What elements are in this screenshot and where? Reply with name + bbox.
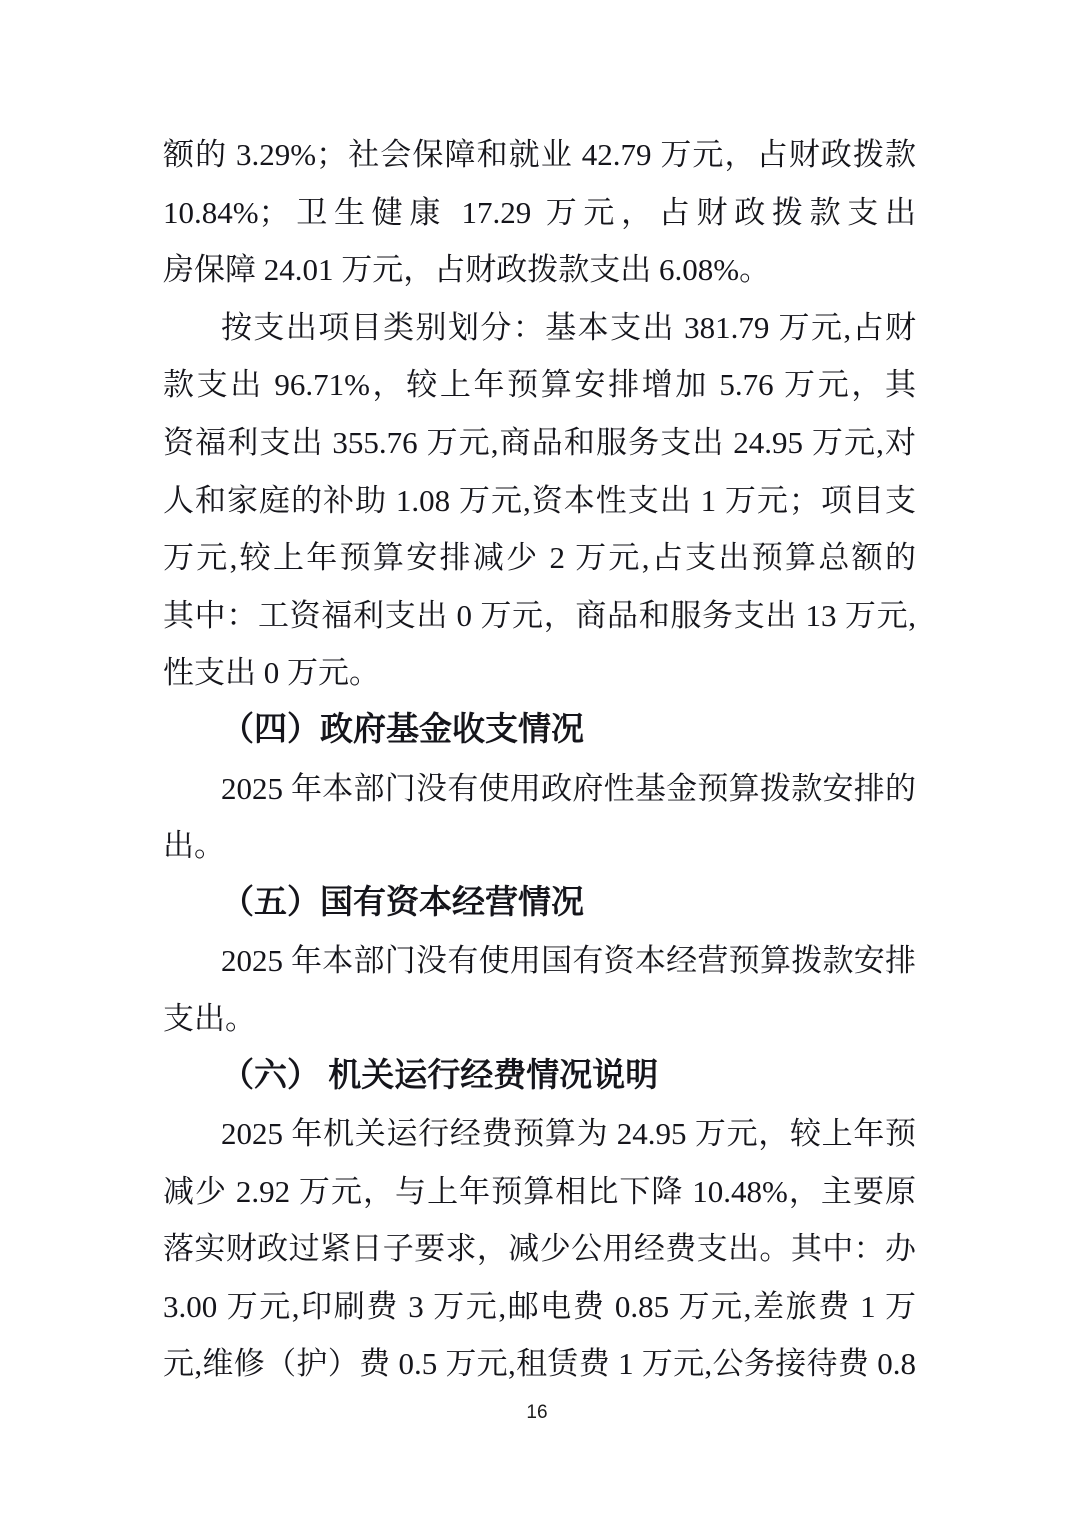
text-line: 万元,较上年预算安排减少 2 万元,占支出预算总额的 3.29%,: [163, 529, 916, 587]
text-line: 性支出 0 万元。: [163, 644, 916, 702]
section-heading: （四）政府基金收支情况: [163, 702, 916, 760]
text-line: 其中：工资福利支出 0 万元，商品和服务支出 13 万元,资本: [163, 587, 916, 645]
text-line: 2025 年本部门没有使用政府性基金预算拨款安排的支: [163, 760, 916, 818]
page-number: 16: [0, 1398, 1074, 1428]
text-line: 10.84%；卫生健康 17.29 万元，占财政拨款支出 4.38%；住: [163, 184, 916, 242]
section-heading: （五）国有资本经营情况: [163, 875, 916, 933]
text-line: 款支出 96.71%，较上年预算安排增加 5.76 万元，其中：工: [163, 356, 916, 414]
text-line: 按支出项目类别划分：基本支出 381.79 万元,占财政拨: [163, 299, 916, 357]
text-line: 3.00 万元,印刷费 3 万元,邮电费 0.85 万元,差旅费 1 万: [163, 1278, 916, 1336]
text-block: 额的 3.29%；社会保障和就业 42.79 万元，占财政拨款支出10.84%；…: [163, 126, 916, 1393]
text-line: 资福利支出 355.76 万元,商品和服务支出 24.95 万元,对个: [163, 414, 916, 472]
text-line: 房保障 24.01 万元，占财政拨款支出 6.08%。: [163, 241, 916, 299]
text-line: 人和家庭的补助 1.08 万元,资本性支出 1 万元；项目支出 13: [163, 472, 916, 530]
text-line: 支出。: [163, 990, 916, 1048]
text-line: 2025 年本部门没有使用国有资本经营预算拨款安排的: [163, 932, 916, 990]
text-line: 减少 2.92 万元，与上年预算相比下降 10.48%，主要原因是: [163, 1163, 916, 1221]
text-line: 2025 年机关运行经费预算为 24.95 万元，较上年预算: [163, 1105, 916, 1163]
section-heading: （六） 机关运行经费情况说明: [163, 1048, 916, 1106]
text-line: 额的 3.29%；社会保障和就业 42.79 万元，占财政拨款支出: [163, 126, 916, 184]
text-line: 元,维修（护）费 0.5 万元,租赁费 1 万元,公务接待费 0.8: [163, 1335, 916, 1393]
text-line: 出。: [163, 817, 916, 875]
document-page: 额的 3.29%；社会保障和就业 42.79 万元，占财政拨款支出10.84%；…: [0, 0, 1074, 1520]
text-line: 落实财政过紧日子要求，减少公用经费支出。其中：办公费: [163, 1220, 916, 1278]
